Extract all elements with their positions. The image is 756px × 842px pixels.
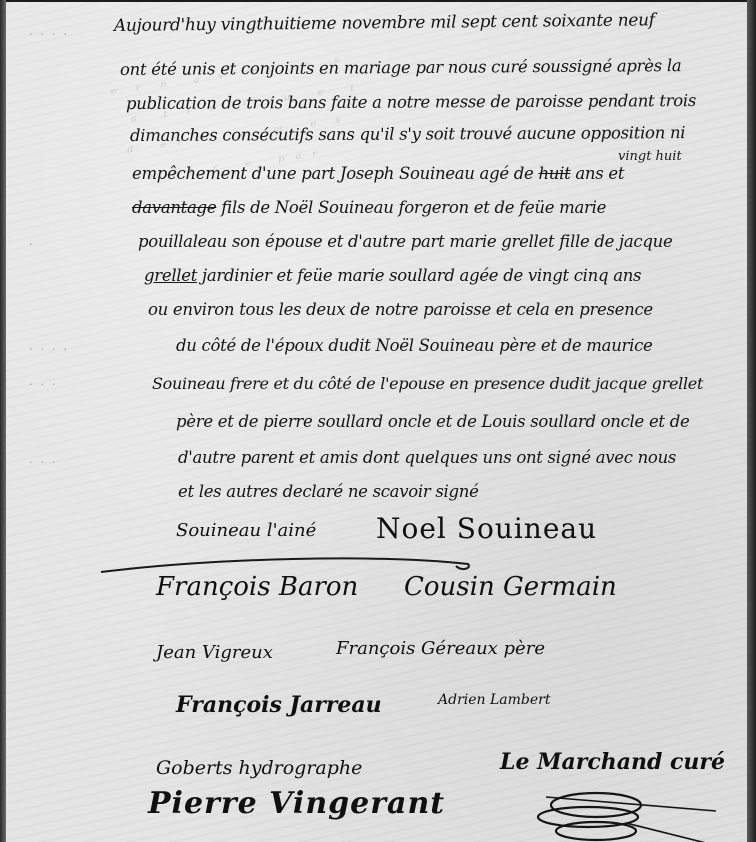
cure-paraph-flourish bbox=[526, 787, 726, 842]
line5-text: empêchement d'une part Joseph Souineau a… bbox=[132, 164, 534, 183]
margin-marks: ˙ ˙ ˙ ˙ bbox=[26, 32, 67, 48]
paper-page: ᵉ ʳ ⁿ ᵃ ᵛ ʳ ᵘ ᵉ ˢ ᵃ ᵗ ˡ ᵉ ʳ ᵒ ᵘ ᵉ ᵗ ᵈ ᵉ … bbox=[6, 2, 747, 842]
register-line-4: dimanches consécutifs sans qu'il s'y soi… bbox=[130, 123, 685, 145]
register-line-6: davantage fils de Noël Souineau forgeron… bbox=[132, 198, 606, 217]
register-line-7: pouillaleau son épouse et d'autre part m… bbox=[138, 232, 672, 251]
signature-jean-vigreux: Jean Vigreux bbox=[156, 642, 273, 663]
document-scan: ᵉ ʳ ⁿ ᵃ ᵛ ʳ ᵘ ᵉ ˢ ᵃ ᵗ ˡ ᵉ ʳ ᵒ ᵘ ᵉ ᵗ ᵈ ᵉ … bbox=[0, 0, 756, 842]
margin-marks: ˙ ˙ ˙ bbox=[26, 382, 56, 398]
margin-marks: ˙ ˙ ˙ bbox=[26, 460, 56, 476]
register-line-10: du côté de l'époux dudit Noël Souineau p… bbox=[176, 336, 653, 355]
signature-cousin-germain: Cousin Germain bbox=[404, 572, 617, 602]
scan-border-right bbox=[747, 0, 756, 842]
underlined-word: grellet bbox=[144, 266, 197, 285]
register-line-2: ont été unis et conjoints en mariage par… bbox=[120, 56, 681, 79]
register-line-11: Souineau frere et du côté de l'epouse en… bbox=[152, 374, 703, 393]
struck-word: davantage bbox=[132, 198, 216, 217]
struck-word: huit bbox=[538, 164, 570, 183]
signature-goberts-hydrographe: Goberts hydrographe bbox=[156, 757, 362, 779]
line6-text: fils de Noël Souineau forgeron et de feü… bbox=[221, 198, 606, 217]
signature-le-marchand-cure: Le Marchand curé bbox=[500, 749, 725, 775]
signature-francois-gereaux: François Géreaux père bbox=[336, 638, 545, 659]
register-line-5: empêchement d'une part Joseph Souineau a… bbox=[132, 164, 624, 183]
signature-francois-jarreau: François Jarreau bbox=[176, 692, 382, 718]
margin-marks: ˙ bbox=[26, 242, 33, 258]
interlinear-insert: vingt huit bbox=[618, 149, 682, 164]
signature-francois-baron: François Baron bbox=[156, 572, 358, 602]
register-line-1: Aujourd'huy vingthuitieme novembre mil s… bbox=[114, 10, 655, 36]
signature-adrien-lambert: Adrien Lambert bbox=[438, 692, 550, 708]
signature-souineau-laine: Souineau l'ainé bbox=[176, 520, 316, 541]
signature-noel-souineau: Noel Souineau bbox=[376, 512, 597, 545]
margin-marks: ˙ ˙ ˙ ˙ bbox=[26, 347, 67, 363]
register-line-3: publication de trois bans faite a notre … bbox=[126, 91, 696, 113]
line5-tail: ans et bbox=[575, 164, 624, 183]
signature-pierre-vingerant: Pierre Vingerant bbox=[148, 786, 445, 821]
register-line-9: ou environ tous les deux de notre parois… bbox=[148, 300, 653, 319]
register-line-8: grellet jardinier et feüe marie soullard… bbox=[144, 266, 641, 285]
register-line-14: et les autres declaré ne scavoir signé bbox=[178, 482, 479, 501]
register-line-13: d'autre parent et amis dont quelques uns… bbox=[178, 448, 676, 467]
register-line-12: père et de pierre soullard oncle et de L… bbox=[176, 412, 689, 431]
line8-text: jardinier et feüe marie soullard agée de… bbox=[202, 266, 641, 285]
